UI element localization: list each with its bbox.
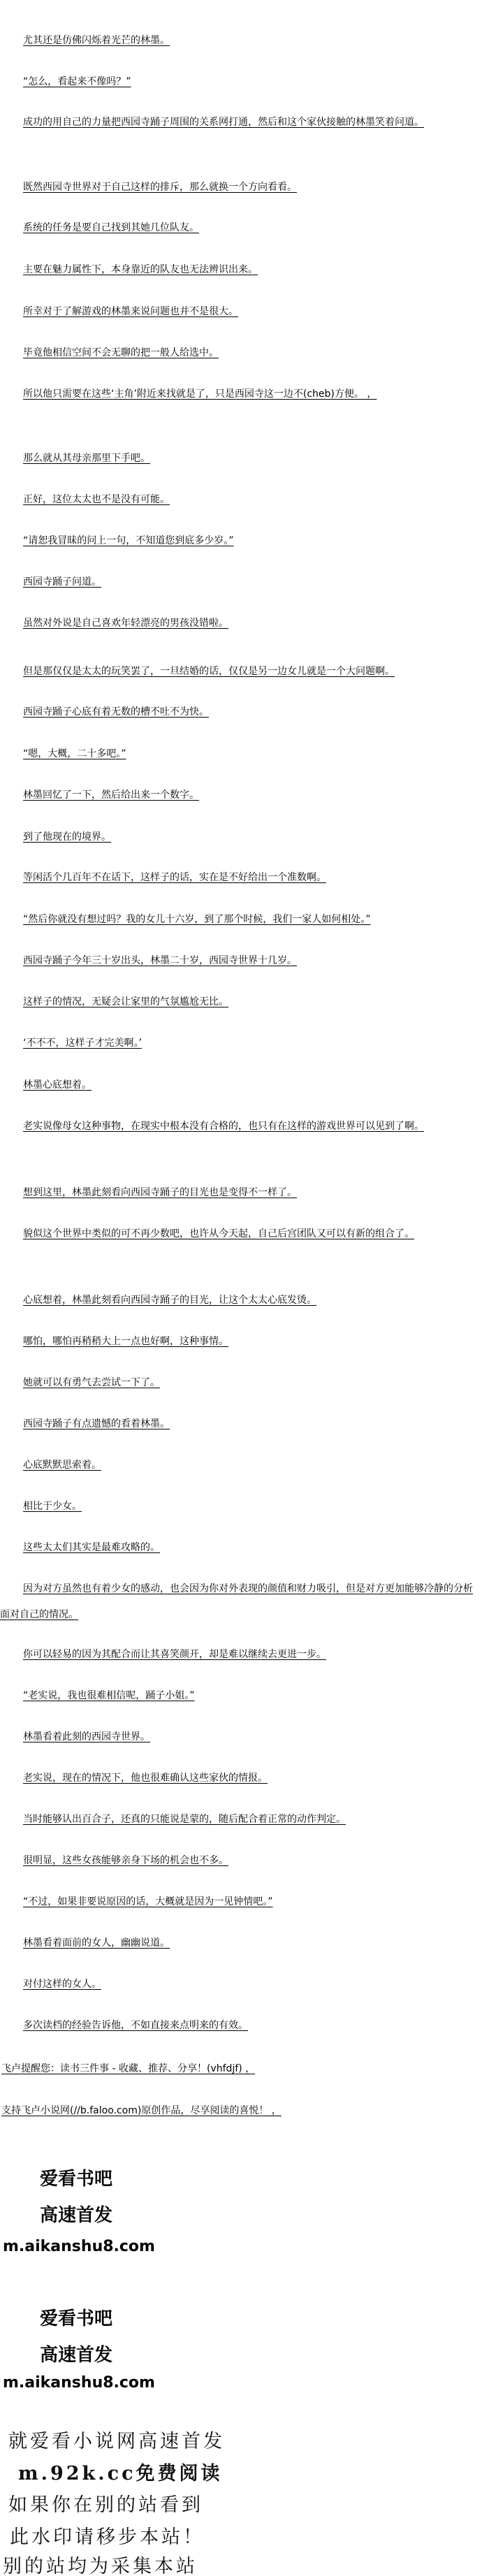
paragraph-text: 林墨心底想着。 bbox=[23, 1079, 92, 1091]
watermark-92k-line-1: 就爱看小说网高速首发 bbox=[8, 2426, 225, 2453]
paragraph-text: 正好，这位太太也不是没有可能。 bbox=[23, 494, 170, 505]
paragraph-text: 相比于少女。 bbox=[23, 1501, 82, 1512]
paragraph: 成功的用自己的力量把西园寺踊子周围的关系网打通，然后和这个家伙接触的林墨笑着问道… bbox=[0, 110, 482, 136]
paragraph-text: 主要在魅力属性下，本身靠近的队友也无法辨识出来。 bbox=[23, 264, 258, 275]
paragraph: 林墨看着此刻的西园寺世界。 bbox=[0, 1724, 482, 1750]
faloo-support-link-text[interactable]: 支持飞卢小说网(//b.faloo.com)原创作品，尽享阅读的喜悦！ ， bbox=[1, 2105, 282, 2116]
paragraph: “嗯，大概，二十多吧。” bbox=[0, 741, 482, 767]
paragraph-text: 成功的用自己的力量把西园寺踊子周围的关系网打通，然后和这个家伙接触的林墨笑着问道… bbox=[23, 117, 424, 128]
paragraph: 林墨心底想着。 bbox=[0, 1072, 482, 1098]
paragraph: 西园寺踊子今年三十岁出头，林墨二十岁，西园寺世界十几岁。 bbox=[0, 948, 482, 974]
paragraph-text: 林墨看着此刻的西园寺世界。 bbox=[23, 1731, 150, 1742]
watermark-aikanshu-subtitle-1: 高速首发 bbox=[40, 2201, 112, 2227]
paragraph: 多次读档的经验告诉他，不如直接来点明来的有效。 bbox=[0, 2013, 482, 2039]
paragraph: 系统的任务是要自己找到其她几位队友。 bbox=[0, 215, 482, 241]
paragraph-text: 你可以轻易的因为其配合而让其喜笑颜开，却是难以继续去更进一步。 bbox=[23, 1649, 326, 1660]
paragraph: 想到这里，林墨此刻看向西园寺踊子的目光也是变得不一样了。 bbox=[0, 1180, 482, 1206]
paragraph-text: 林墨看着面前的女人，幽幽说道。 bbox=[23, 1937, 170, 1949]
paragraph-text: 西园寺踊子心底有着无数的槽不吐不为快。 bbox=[23, 706, 209, 718]
paragraph-text: 林墨回忆了一下，然后给出来一个数字。 bbox=[23, 789, 199, 801]
paragraph: 貌似这个世界中类似的可不再少数吧，也许从今天起，自己后宫团队又可以有新的组合了。 bbox=[0, 1221, 482, 1247]
paragraph: 虽然对外说是自己喜欢年轻漂亮的男孩没错啦。 bbox=[0, 611, 482, 636]
faloo-reminder-text: 飞卢提醒您：读书三件事 - 收藏、推荐、分享！(vhfdjf) ， bbox=[1, 2063, 255, 2074]
paragraph-text: 毕竟他相信空间不会无聊的把一般人给选中。 bbox=[23, 347, 219, 358]
paragraph: 这样子的情况，无疑会让家里的气氛尴尬无比。 bbox=[0, 989, 482, 1015]
paragraph-text: 她就可以有勇气去尝试一下了。 bbox=[23, 1377, 160, 1388]
watermark-92k-line-4: 此水印请移步本站！ bbox=[10, 2522, 205, 2549]
paragraph: 哪怕，哪怕再稍稍大上一点也好啊，这种事情。 bbox=[0, 1329, 482, 1355]
faloo-support-note: 支持飞卢小说网(//b.faloo.com)原创作品，尽享阅读的喜悦！ ， bbox=[1, 2104, 282, 2118]
paragraph-text: 心底默默思索着。 bbox=[23, 1460, 101, 1471]
paragraph: 等闲活个几百年不在话下，这样子的话，实在是不好给出一个准数啊。 bbox=[0, 865, 482, 891]
paragraph-text: 尤其还是仿佛闪烁着光芒的林墨。 bbox=[23, 35, 170, 46]
paragraph: 林墨看着面前的女人，幽幽说道。 bbox=[0, 1930, 482, 1956]
paragraph: ‘不不不，这样子才完美啊。’ bbox=[0, 1031, 482, 1056]
paragraph: 相比于少女。 bbox=[0, 1494, 482, 1520]
paragraph: 西园寺踊子有点遗憾的看着林墨。 bbox=[0, 1411, 482, 1437]
paragraph-text: 对付这样的女人。 bbox=[23, 1979, 101, 1990]
watermark-aikanshu-title-2: 爱看书吧 bbox=[40, 2304, 112, 2330]
paragraph: 心底默默思索着。 bbox=[0, 1453, 482, 1478]
watermark-92k-line-2: m.92k.cc免费阅读 bbox=[18, 2458, 223, 2485]
paragraph-text: 心底想着，林墨此刻看向西园寺踊子的目光，让这个太太心底发烫。 bbox=[23, 1295, 316, 1306]
paragraph: 当时能够认出百合子，还真的只能说是蒙的，随后配合着正常的动作判定。 bbox=[0, 1807, 482, 1833]
watermark-92k-line-5: 别的站均为采集本站 bbox=[3, 2551, 198, 2576]
paragraph-text: ‘不不不，这样子才完美啊。’ bbox=[23, 1038, 142, 1049]
paragraph: “怎么，看起来不像吗？” bbox=[0, 69, 482, 95]
paragraph: 所幸对于了解游戏的林墨来说问题也并不是很大。 bbox=[0, 299, 482, 325]
paragraph-text: 西园寺踊子问道。 bbox=[23, 576, 101, 588]
paragraph-text: 所以他只需要在这些‘主角’附近来找就是了，只是西园寺这一边不(cheb)方便。 … bbox=[23, 388, 377, 400]
paragraph: 对付这样的女人。 bbox=[0, 1972, 482, 1998]
paragraph: 这些太太们其实是最难攻略的。 bbox=[0, 1535, 482, 1561]
paragraph-text: “然后你就没有想过吗？我的女儿十六岁，到了那个时候，我们一家人如何相处。” bbox=[23, 914, 371, 925]
paragraph-text: 想到这里，林墨此刻看向西园寺踊子的目光也是变得不一样了。 bbox=[23, 1187, 297, 1198]
paragraph-text: 因为对方虽然也有着少女的感动，也会因为你对外表现的颜值和财力吸引，但是对方更加能… bbox=[0, 1583, 473, 1620]
paragraph-text: 等闲活个几百年不在话下，这样子的话，实在是不好给出一个准数啊。 bbox=[23, 872, 326, 883]
paragraph-text: 那么就从其母亲那里下手吧。 bbox=[23, 453, 150, 464]
paragraph: 因为对方虽然也有着少女的感动，也会因为你对外表现的颜值和财力吸引，但是对方更加能… bbox=[0, 1576, 482, 1628]
watermark-aikanshu-title-1: 爱看书吧 bbox=[40, 2164, 112, 2190]
paragraph: 尤其还是仿佛闪烁着光芒的林墨。 bbox=[0, 28, 482, 54]
paragraph-text: “怎么，看起来不像吗？” bbox=[23, 76, 131, 87]
paragraph-text: “请恕我冒昧的问上一句，不知道您到底多少岁。” bbox=[23, 535, 234, 546]
paragraph: 西园寺踊子心底有着无数的槽不吐不为快。 bbox=[0, 699, 482, 725]
paragraph: 那么就从其母亲那里下手吧。 bbox=[0, 446, 482, 472]
watermark-92k-line-3: 如果你在别的站看到 bbox=[8, 2489, 203, 2517]
paragraph: 正好，这位太太也不是没有可能。 bbox=[0, 487, 482, 513]
paragraph: 心底想着，林墨此刻看向西园寺踊子的目光，让这个太太心底发烫。 bbox=[0, 1288, 482, 1314]
paragraph: “不过，如果非要说原因的话，大概就是因为一见钟情吧。” bbox=[0, 1889, 482, 1915]
watermark-aikanshu-subtitle-2: 高速首发 bbox=[40, 2341, 112, 2366]
paragraph-text: 很明显，这些女孩能够亲身下场的机会也不多。 bbox=[23, 1855, 228, 1866]
paragraph: “老实说，我也很难相信呢，踊子小姐。” bbox=[0, 1683, 482, 1709]
paragraph-text: “不过，如果非要说原因的话，大概就是因为一见钟情吧。” bbox=[23, 1896, 273, 1907]
paragraph: 主要在魅力属性下，本身靠近的队友也无法辨识出来。 bbox=[0, 257, 482, 283]
watermark-aikanshu-url-2: m.aikanshu8.com bbox=[3, 2374, 155, 2392]
paragraph-text: 老实说像母女这种事物，在现实中根本没有合格的，也只有在这样的游戏世界可以见到了啊… bbox=[23, 1121, 424, 1132]
paragraph-text: 既然西园寺世界对于自己这样的排斥，那么就换一个方向看看。 bbox=[23, 182, 297, 193]
paragraph: 她就可以有勇气去尝试一下了。 bbox=[0, 1370, 482, 1396]
paragraph-text: 这些太太们其实是最难攻略的。 bbox=[23, 1542, 160, 1553]
paragraph: 老实说，现在的情况下，他也很难确认这些家伙的情报。 bbox=[0, 1766, 482, 1791]
paragraph-text: “嗯，大概，二十多吧。” bbox=[23, 748, 126, 759]
paragraph: 你可以轻易的因为其配合而让其喜笑颜开，却是难以继续去更进一步。 bbox=[0, 1642, 482, 1668]
paragraph-text: 这样子的情况，无疑会让家里的气氛尴尬无比。 bbox=[23, 996, 228, 1007]
paragraph: 林墨回忆了一下，然后给出来一个数字。 bbox=[0, 783, 482, 808]
paragraph: 很明显，这些女孩能够亲身下场的机会也不多。 bbox=[0, 1848, 482, 1874]
paragraph: 但是那仅仅是太太的玩笑罢了，一旦结婚的话，仅仅是另一边女儿就是一个大问题啊。 bbox=[0, 659, 482, 685]
paragraph-text: “老实说，我也很难相信呢，踊子小姐。” bbox=[23, 1690, 195, 1701]
paragraph-text: 所幸对于了解游戏的林墨来说问题也并不是很大。 bbox=[23, 306, 238, 317]
paragraph-text: 哪怕，哪怕再稍稍大上一点也好啊，这种事情。 bbox=[23, 1336, 228, 1347]
paragraph-text: 貌似这个世界中类似的可不再少数吧，也许从今天起，自己后宫团队又可以有新的组合了。 bbox=[23, 1228, 414, 1239]
paragraph: 西园寺踊子问道。 bbox=[0, 569, 482, 595]
paragraph: 所以他只需要在这些‘主角’附近来找就是了，只是西园寺这一边不(cheb)方便。 … bbox=[0, 381, 482, 407]
paragraph-text: 当时能够认出百合子，还真的只能说是蒙的，随后配合着正常的动作判定。 bbox=[23, 1814, 346, 1825]
paragraph-text: 西园寺踊子有点遗憾的看着林墨。 bbox=[23, 1418, 170, 1429]
paragraph-text: 多次读档的经验告诉他，不如直接来点明来的有效。 bbox=[23, 2020, 248, 2031]
paragraph: 毕竟他相信空间不会无聊的把一般人给选中。 bbox=[0, 340, 482, 366]
paragraph: “请恕我冒昧的问上一句，不知道您到底多少岁。” bbox=[0, 528, 482, 554]
paragraph-text: 到了他现在的境界。 bbox=[23, 831, 111, 843]
paragraph: “然后你就没有想过吗？我的女儿十六岁，到了那个时候，我们一家人如何相处。” bbox=[0, 907, 482, 933]
watermark-aikanshu-url-1: m.aikanshu8.com bbox=[3, 2238, 155, 2255]
paragraph: 老实说像母女这种事物，在现实中根本没有合格的，也只有在这样的游戏世界可以见到了啊… bbox=[0, 1114, 482, 1140]
faloo-reminder-note: 飞卢提醒您：读书三件事 - 收藏、推荐、分享！(vhfdjf) ， bbox=[1, 2062, 255, 2076]
paragraph-text: 老实说，现在的情况下，他也很难确认这些家伙的情报。 bbox=[23, 1773, 268, 1784]
paragraph: 到了他现在的境界。 bbox=[0, 824, 482, 850]
paragraph-text: 系统的任务是要自己找到其她几位队友。 bbox=[23, 222, 199, 233]
paragraph-text: 西园寺踊子今年三十岁出头，林墨二十岁，西园寺世界十几岁。 bbox=[23, 955, 297, 966]
paragraph-text: 但是那仅仅是太太的玩笑罢了，一旦结婚的话，仅仅是另一边女儿就是一个大问题啊。 bbox=[23, 666, 395, 677]
paragraph-text: 虽然对外说是自己喜欢年轻漂亮的男孩没错啦。 bbox=[23, 618, 228, 629]
paragraph: 既然西园寺世界对于自己这样的排斥，那么就换一个方向看看。 bbox=[0, 175, 482, 201]
